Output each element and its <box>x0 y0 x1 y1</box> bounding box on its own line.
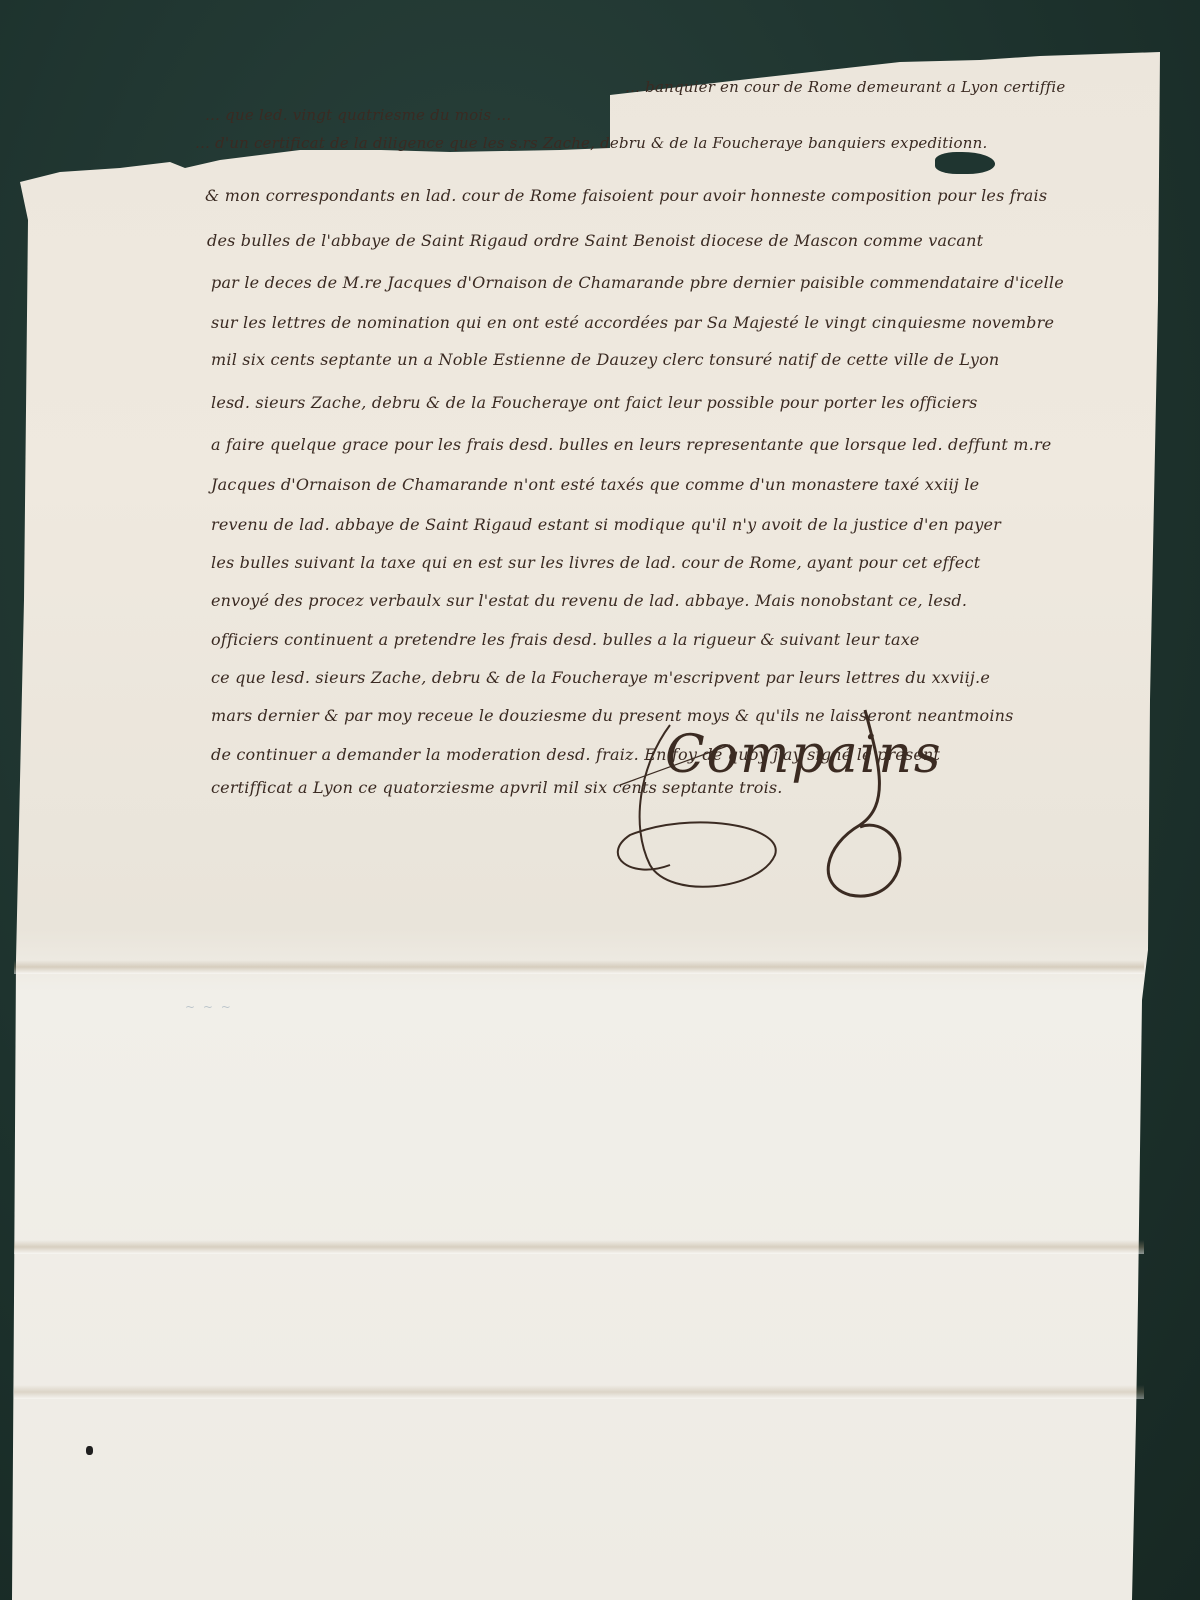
paper-fold <box>14 960 1144 974</box>
text-line: & mon correspondants en lad. cour de Rom… <box>205 186 1047 205</box>
text-line: … banquier en cour de Rome demeurant a L… <box>625 78 1065 96</box>
text-line: a faire quelque grace pour les frais des… <box>211 435 1051 454</box>
text-line: mil six cents septante un a Noble Estien… <box>211 350 999 369</box>
text-line: officiers continuent a pretendre les fra… <box>211 630 920 649</box>
text-line: des bulles de l'abbaye de Saint Rigaud o… <box>207 231 983 250</box>
punch-hole <box>86 1446 93 1455</box>
signature: Compains <box>610 705 930 915</box>
signature-flourish <box>610 705 930 915</box>
faded-stamp: ~ ~ ~ <box>185 1000 335 1060</box>
text-line: sur les lettres de nomination qui en ont… <box>211 313 1054 332</box>
text-line: … d'un certificat de la diligence que le… <box>195 134 987 152</box>
text-line: ce que lesd. sieurs Zache, debru & de la… <box>211 668 990 687</box>
text-line: envoyé des procez verbaulx sur l'estat d… <box>211 591 967 610</box>
paper-fold <box>14 1240 1144 1254</box>
text-line: les bulles suivant la taxe qui en est su… <box>211 553 980 572</box>
text-line: revenu de lad. abbaye de Saint Rigaud es… <box>211 515 1001 534</box>
paper-fold <box>14 1385 1144 1399</box>
tear-hole <box>935 152 995 174</box>
text-line: … que led. vingt quatriesme du mois … <box>205 106 511 124</box>
text-line: lesd. sieurs Zache, debru & de la Fouche… <box>211 393 978 412</box>
text-line: par le deces de M.re Jacques d'Ornaison … <box>211 273 1064 292</box>
text-line: Jacques d'Ornaison de Chamarande n'ont e… <box>211 475 979 494</box>
